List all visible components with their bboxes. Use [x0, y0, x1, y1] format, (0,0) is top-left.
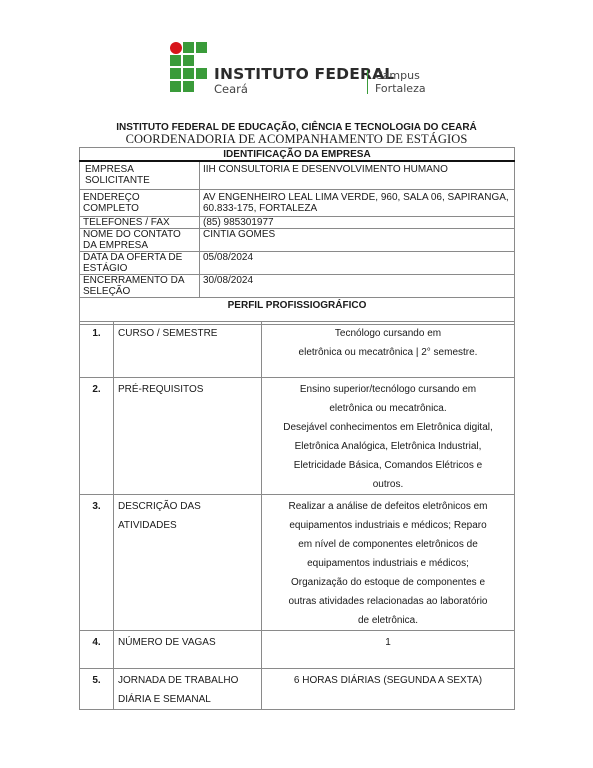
- table-row: 1. CURSO / SEMESTRE Tecnólogo cursando e…: [80, 322, 515, 378]
- criterion-label: PRÉ-REQUISITOS: [114, 378, 262, 495]
- criterion-label: JORNADA DE TRABALHO DIÁRIA E SEMANAL: [114, 669, 262, 710]
- phone-value: (85) 985301977: [200, 217, 515, 229]
- offer-date-value: 05/08/2024: [200, 252, 515, 275]
- description-line: de eletrônica.: [268, 611, 508, 630]
- selection-end-date-value: 30/08/2024: [200, 275, 515, 298]
- logo-campus: Campus Fortaleza: [375, 69, 426, 95]
- description-line: 6 HORAS DIÁRIAS (SEGUNDA A SEXTA): [268, 671, 508, 690]
- description-line: Eletrônica Analógica, Eletrônica Industr…: [268, 437, 508, 456]
- contact-name-value: CINTIA GOMES: [200, 229, 515, 252]
- field-label: NOME DO CONTATO DA EMPRESA: [80, 229, 200, 252]
- criterion-label: DESCRIÇÃO DAS ATIVIDADES: [114, 495, 262, 631]
- work-schedule-value: 6 HORAS DIÁRIAS (SEGUNDA A SEXTA): [262, 669, 515, 710]
- criterion-description: Ensino superior/tecnólogo cursando em el…: [262, 378, 515, 495]
- company-identification-table: IDENTIFICAÇÃO DA EMPRESA EMPRESA SOLICIT…: [79, 147, 515, 325]
- description-line: em nível de componentes eletrônicos de: [268, 535, 508, 554]
- table-row: 5. JORNADA DE TRABALHO DIÁRIA E SEMANAL …: [80, 669, 515, 710]
- field-label: ENDEREÇO COMPLETO: [80, 190, 200, 217]
- description-line: Tecnólogo cursando em: [268, 324, 508, 343]
- vacancies-value: 1: [262, 631, 515, 669]
- table-row: TELEFONES / FAX (85) 985301977: [80, 217, 515, 229]
- description-line: equipamentos industriais e médicos; Repa…: [268, 516, 508, 535]
- row-number: 4.: [80, 631, 114, 669]
- description-line: Eletricidade Básica, Comandos Elétricos …: [268, 456, 508, 475]
- row-number: 3.: [80, 495, 114, 631]
- description-line: Organização do estoque de componentes e: [268, 573, 508, 592]
- logo-grid-icon: [170, 42, 210, 94]
- row-number: 5.: [80, 669, 114, 710]
- document-subtitle: COORDENADORIA DE ACOMPANHAMENTO DE ESTÁG…: [0, 132, 593, 147]
- row-number: 2.: [80, 378, 114, 495]
- logo-divider: [367, 70, 368, 94]
- logo-campus-label: Campus: [375, 69, 426, 82]
- description-line: equipamentos industriais e médicos;: [268, 554, 508, 573]
- field-label: EMPRESA SOLICITANTE: [80, 161, 200, 190]
- description-line: eletrônica ou mecatrônica.: [268, 399, 508, 418]
- logo-campus-name: Fortaleza: [375, 82, 426, 95]
- row-number: 1.: [80, 322, 114, 378]
- table-row: ENCERRAMENTO DA SELEÇÃO 30/08/2024: [80, 275, 515, 298]
- description-line: eletrônica ou mecatrônica | 2° semestre.: [268, 343, 508, 362]
- description-line: outras atividades relacionadas ao labora…: [268, 592, 508, 611]
- address-value: AV ENGENHEIRO LEAL LIMA VERDE, 960, SALA…: [200, 190, 515, 217]
- logo-state: Ceará: [214, 82, 248, 96]
- criterion-description: Realizar a análise de defeitos eletrônic…: [262, 495, 515, 631]
- description-line: Ensino superior/tecnólogo cursando em: [268, 380, 508, 399]
- company-name-value: IIH CONSULTORIA E DESENVOLVIMENTO HUMANO: [200, 161, 515, 190]
- field-label: TELEFONES / FAX: [80, 217, 200, 229]
- criterion-label: NÚMERO DE VAGAS: [114, 631, 262, 669]
- description-line: outros.: [268, 475, 508, 494]
- table-row: ENDEREÇO COMPLETO AV ENGENHEIRO LEAL LIM…: [80, 190, 515, 217]
- company-section-heading: IDENTIFICAÇÃO DA EMPRESA: [80, 148, 515, 162]
- table-row: 4. NÚMERO DE VAGAS 1: [80, 631, 515, 669]
- description-line: Realizar a análise de defeitos eletrônic…: [268, 497, 508, 516]
- field-label: DATA DA OFERTA DE ESTÁGIO: [80, 252, 200, 275]
- table-row: DATA DA OFERTA DE ESTÁGIO 05/08/2024: [80, 252, 515, 275]
- field-label: ENCERRAMENTO DA SELEÇÃO: [80, 275, 200, 298]
- institution-logo: INSTITUTO FEDERAL Ceará Campus Fortaleza: [170, 42, 460, 97]
- professional-profile-table: 1. CURSO / SEMESTRE Tecnólogo cursando e…: [79, 321, 515, 710]
- description-line: Desejável conhecimentos em Eletrônica di…: [268, 418, 508, 437]
- description-line: 1: [268, 633, 508, 652]
- table-row: 2. PRÉ-REQUISITOS Ensino superior/tecnól…: [80, 378, 515, 495]
- table-row: NOME DO CONTATO DA EMPRESA CINTIA GOMES: [80, 229, 515, 252]
- criterion-description: Tecnólogo cursando em eletrônica ou meca…: [262, 322, 515, 378]
- table-row: EMPRESA SOLICITANTE IIH CONSULTORIA E DE…: [80, 161, 515, 190]
- table-row: 3. DESCRIÇÃO DAS ATIVIDADES Realizar a a…: [80, 495, 515, 631]
- criterion-label: CURSO / SEMESTRE: [114, 322, 262, 378]
